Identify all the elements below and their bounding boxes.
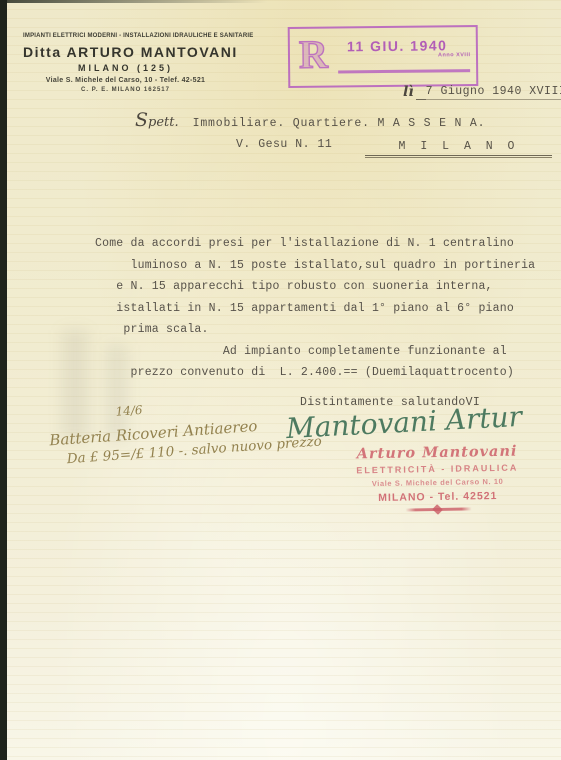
letterhead-city: MILANO (125): [23, 63, 228, 73]
body-line: luminoso a N. 15 poste istallato,sul qua…: [95, 255, 555, 277]
body-line: istallati in N. 15 appartamenti dal 1° p…: [95, 298, 555, 320]
received-stamp-letter: R: [299, 35, 328, 75]
letterhead-company-name: Ditta ARTURO MANTOVANI: [23, 44, 228, 60]
dateline-rule: [416, 88, 426, 100]
letterhead-account-number: C. P. E. MILANO 162517: [23, 87, 228, 93]
received-stamp-date: 11 GIU. 1940: [347, 37, 448, 54]
scan-edge-shadow: [7, 0, 267, 3]
letter-body: Come da accordi presi per l'istallazione…: [95, 233, 555, 384]
company-stamp-trade: ELETTRICITÀ - IDRAULICA: [335, 462, 540, 476]
company-stamp-ornament: [405, 507, 471, 511]
company-rubber-stamp: Arturo Mantovani ELETTRICITÀ - IDRAULICA…: [334, 442, 540, 513]
dateline-date: 7 Giugno 1940 XVIII: [426, 85, 561, 100]
body-line: prezzo convenuto di L. 2.400.== (Duemila…: [95, 362, 555, 384]
received-stamp: R 11 GIU. 1940 Anno XVIII: [288, 25, 479, 88]
company-stamp-address: Viale S. Michele del Carso N. 10: [335, 476, 540, 489]
received-stamp-rule: [338, 69, 470, 73]
addressee-city: M I L A N O: [399, 140, 519, 153]
addressee-street: V. Gesu N. 11: [236, 138, 332, 151]
pencil-note: 14/6 Batteria Ricoveri Antiaereo Da £ 95…: [47, 391, 320, 469]
addressee-salutation: Spett.: [135, 109, 179, 131]
addressee-city-second-underline: [365, 155, 552, 156]
body-line: e N. 15 apparecchi tipo robusto con suon…: [95, 276, 555, 298]
dateline: lì 7 Giugno 1940 XVIII: [403, 84, 561, 100]
received-stamp-era: Anno XVIII: [438, 52, 471, 58]
addressee-row: Spett. Immobiliare. Quartiere. M A S S E…: [135, 109, 485, 131]
dateline-prefix: lì: [403, 84, 414, 100]
body-line: Ad impianto completamente funzionante al: [95, 341, 555, 363]
letterhead-tagline: IMPIANTI ELETTRICI MODERNI - INSTALLAZIO…: [23, 33, 228, 39]
body-line: Come da accordi presi per l'istallazione…: [95, 233, 555, 255]
company-stamp-city-phone: MILANO - Tel. 42521: [335, 489, 540, 505]
body-line: prima scala.: [95, 319, 555, 341]
letter-sheet: IMPIANTI ELETTRICI MODERNI - INSTALLAZIO…: [7, 0, 561, 760]
letterhead: IMPIANTI ELETTRICI MODERNI - INSTALLAZIO…: [23, 33, 228, 93]
letterhead-address: Viale S. Michele del Carso, 10 - Telef. …: [23, 77, 228, 84]
company-stamp-name: Arturo Mantovani: [334, 442, 539, 463]
addressee-name: Immobiliare. Quartiere. M A S S E N A.: [193, 117, 486, 130]
